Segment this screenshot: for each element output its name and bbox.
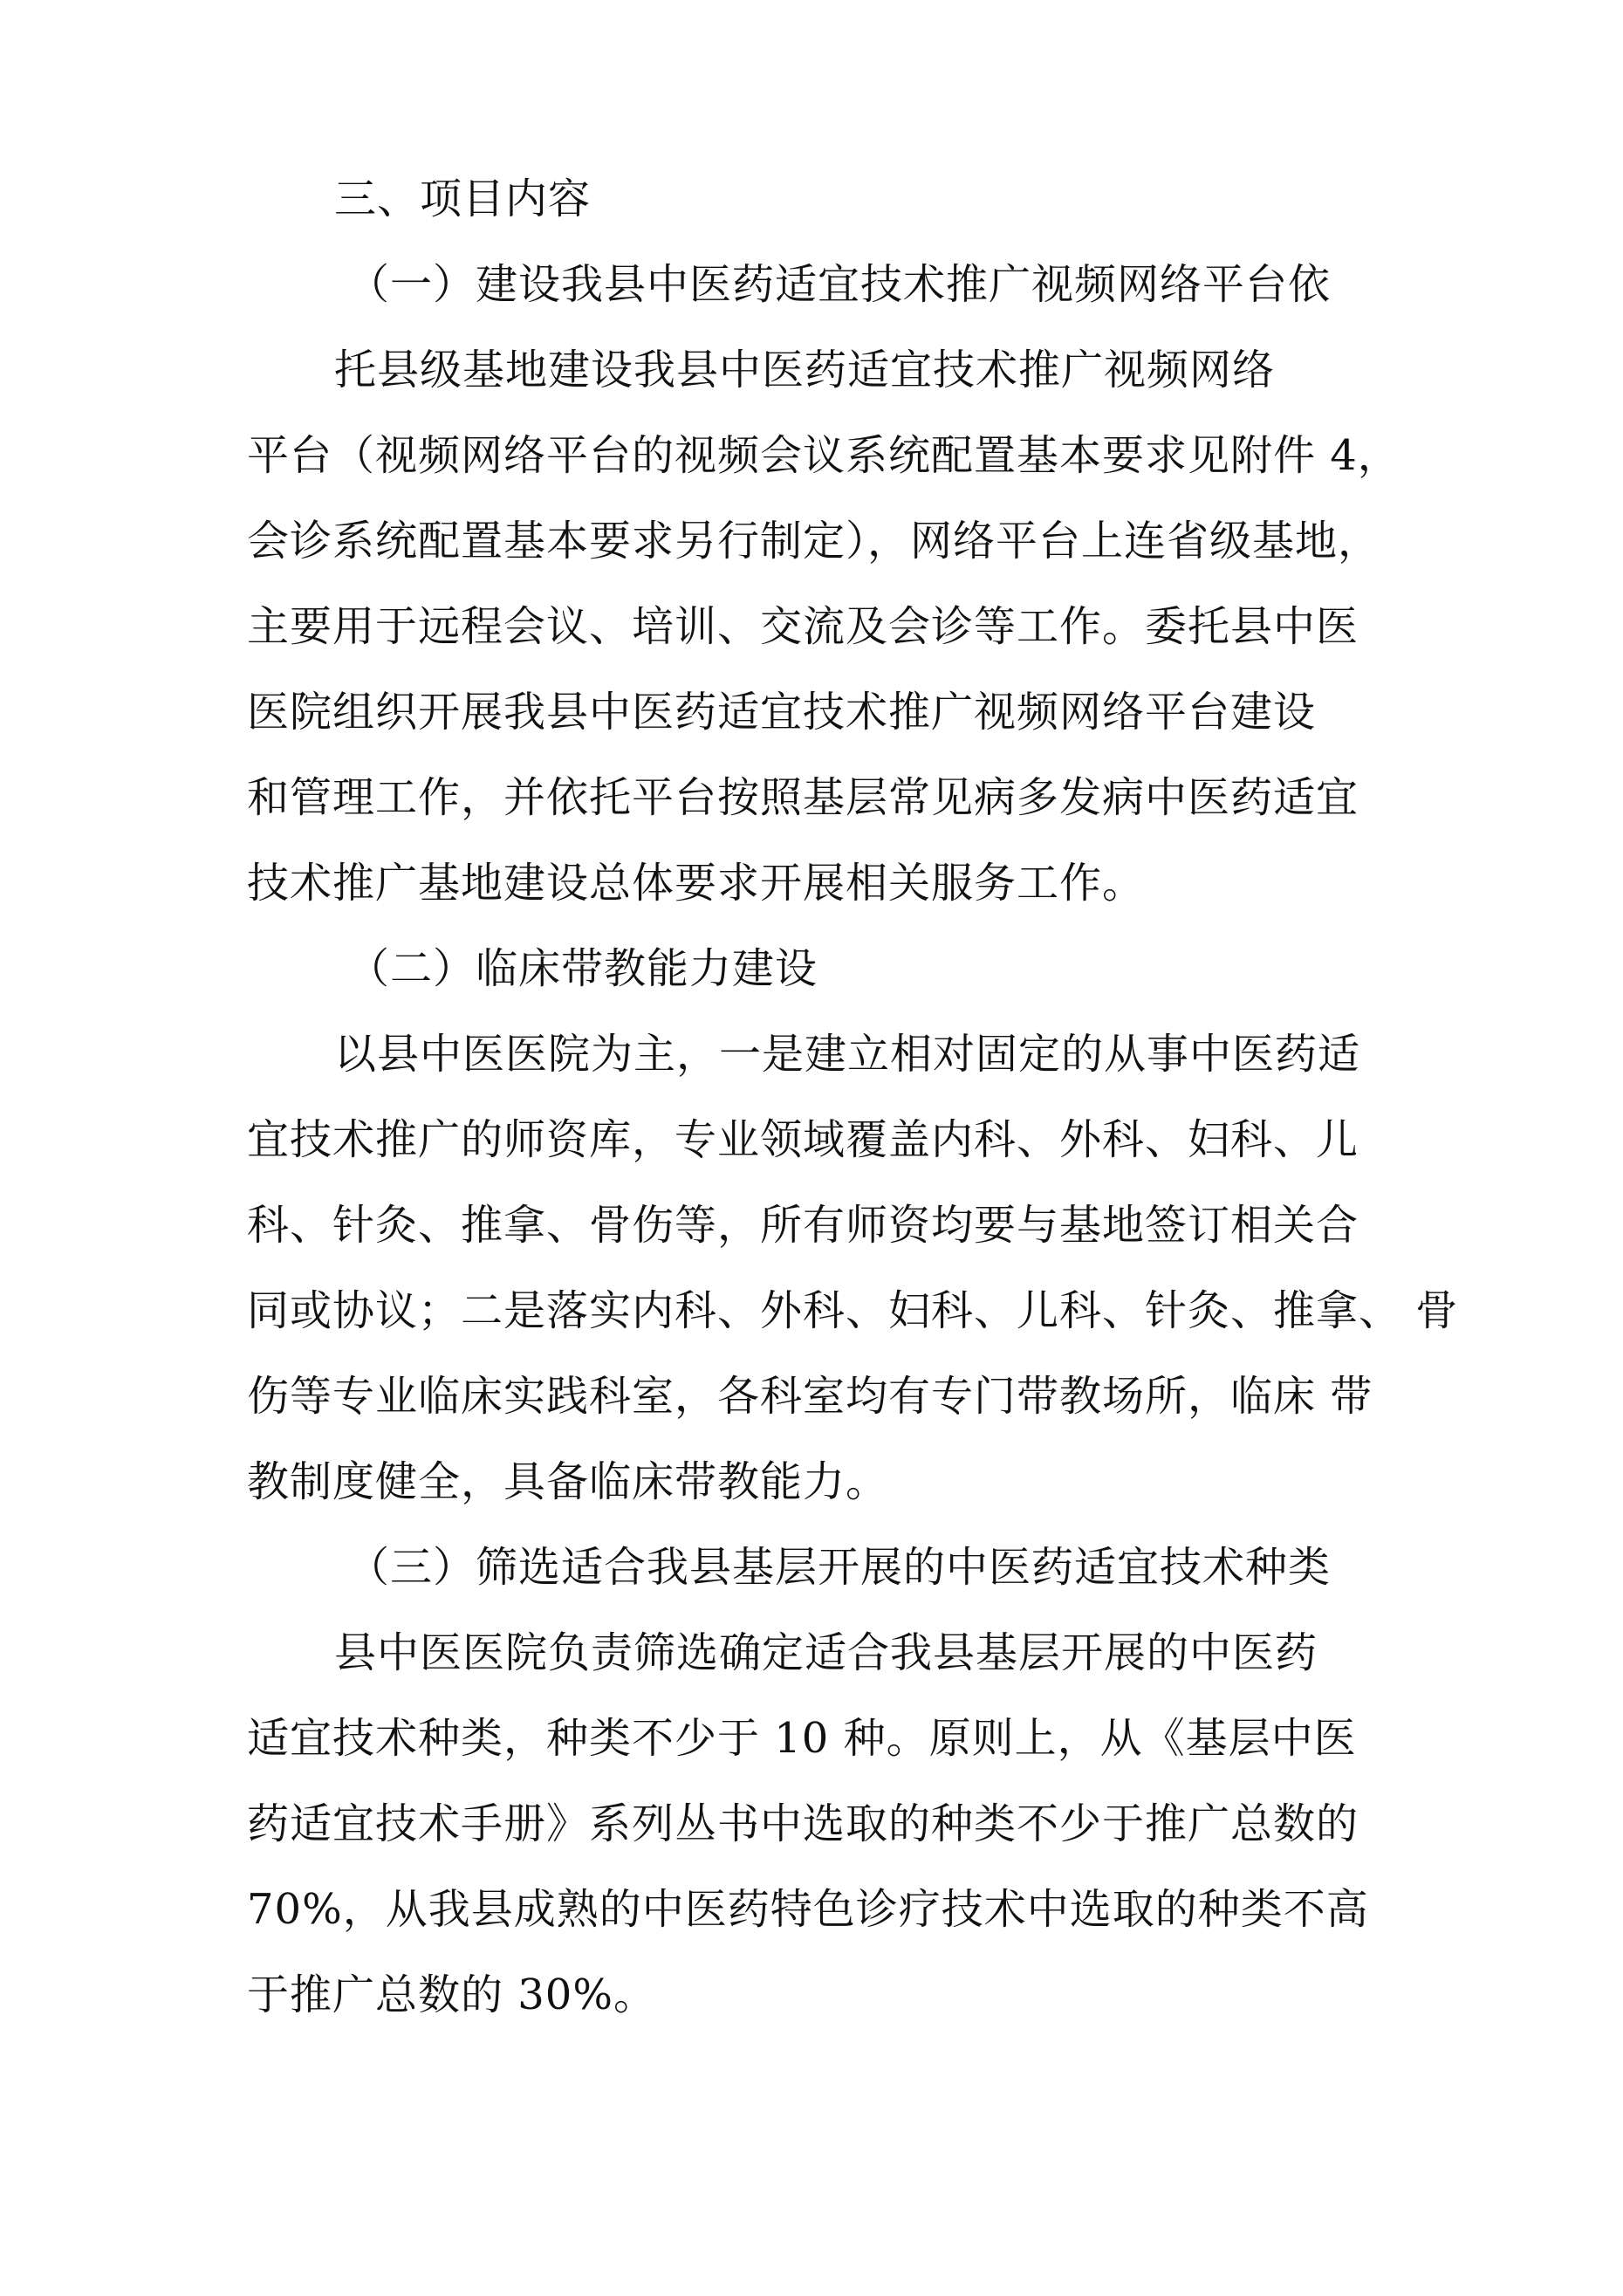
paragraph-line: 科、针灸、推拿、骨伤等，所有师资均要与基地签订相关合 (247, 1199, 1359, 1251)
paragraph-line: 同或协议；二是落实内科、外科、妇科、儿科、针灸、推拿、 骨 (247, 1285, 1458, 1337)
paragraph-line: 平台（视频网络平台的视频会议系统配置基本要求见附件 4， (247, 429, 1400, 482)
paragraph-line: 和管理工作，并依托平台按照基层常见病多发病中医药适宜 (247, 771, 1359, 824)
paragraph-line: 会诊系统配置基本要求另行制定），网络平台上连省级基地， (247, 515, 1380, 567)
paragraph-line: 于推广总数的 30%。 (247, 1969, 656, 2021)
paragraph-line: 适宜技术种类，种类不少于 10 种。原则上，从《基层中医 (247, 1712, 1357, 1765)
section-heading: 三、项目内容 (334, 173, 591, 225)
paragraph-line: 宜技术推广的师资库，专业领域覆盖内科、外科、妇科、儿 (247, 1114, 1359, 1166)
subsection-1-heading: （一）建设我县中医药适宜技术推广视频网络平台依 (347, 258, 1331, 311)
paragraph-line: 县中医医院负责筛选确定适合我县基层开展的中医药 (334, 1627, 1318, 1679)
paragraph-line: 托县级基地建设我县中医药适宜技术推广视频网络 (334, 344, 1275, 396)
subsection-2-heading: （二）临床带教能力建设 (347, 942, 818, 995)
paragraph-line: 主要用于远程会议、培训、交流及会诊等工作。委托县中医 (247, 600, 1359, 653)
paragraph-line: 以县中医医院为主，一是建立相对固定的从事中医药适 (334, 1028, 1360, 1080)
paragraph-line: 药适宜技术手册》系列丛书中选取的种类不少于推广总数的 (247, 1798, 1359, 1850)
paragraph-line: 伤等专业临床实践科室，各科室均有专门带教场所，临床 带 (247, 1370, 1373, 1422)
subsection-3-heading: （三）筛选适合我县基层开展的中医药适宜技术种类 (347, 1541, 1331, 1593)
paragraph-line: 医院组织开展我县中医药适宜技术推广视频网络平台建设 (247, 686, 1316, 738)
paragraph-line: 70%，从我县成熟的中医药特色诊疗技术中选取的种类不高 (247, 1883, 1369, 1936)
document-page: 三、项目内容 （一）建设我县中医药适宜技术推广视频网络平台依 托县级基地建设我县… (0, 0, 1623, 2296)
paragraph-line: 教制度健全，具备临床带教能力。 (247, 1456, 888, 1508)
paragraph-line: 技术推广基地建设总体要求开展相关服务工作。 (247, 857, 1145, 909)
